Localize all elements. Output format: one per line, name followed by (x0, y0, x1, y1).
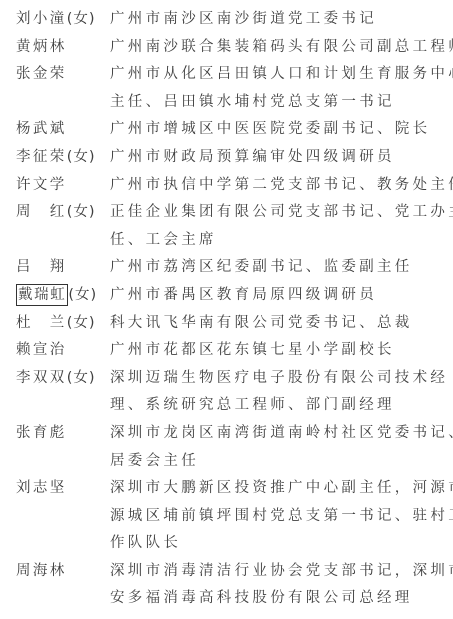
title-line: 深圳市龙岗区南湾街道南岭村社区党委书记、 (110, 420, 453, 448)
name-text: 周 红 (16, 204, 67, 220)
list-item: 许文学 广州市执信中学第二党支部书记、教务处主任 (16, 172, 453, 200)
person-title: 广州市财政局预算编审处四级调研员 (110, 144, 453, 172)
person-title: 深圳迈瑞生物医疗电子股份有限公司技术经 理、系统研究总工程师、部门副经理 (110, 365, 453, 420)
list-item: 张育彪 深圳市龙岗区南湾街道南岭村社区党委书记、 居委会主任 (16, 420, 453, 475)
title-line: 作队队长 (110, 530, 453, 558)
title-line: 居委会主任 (110, 448, 453, 476)
name-text: 李双双 (16, 370, 67, 386)
title-line: 广州市番禺区教育局原四级调研员 (110, 282, 453, 310)
list-item: 杜 兰(女) 科大讯飞华南有限公司党委书记、总裁 (16, 310, 453, 338)
person-title: 广州市花都区花东镇七星小学副校长 (110, 337, 453, 365)
person-name: 刘小潼(女) (16, 6, 110, 34)
person-title: 广州市荔湾区纪委副书记、监委副主任 (110, 254, 453, 282)
name-text: 许文学 (16, 177, 67, 193)
title-line: 广州市增城区中医医院党委副书记、院长 (110, 116, 453, 144)
person-title: 正佳企业集团有限公司党支部书记、党工办主 任、工会主席 (110, 199, 453, 254)
person-name: 黄炳林 (16, 34, 110, 62)
title-line: 主任、吕田镇水埔村党总支第一书记 (110, 89, 453, 117)
gender-note: (女) (68, 287, 97, 303)
honoree-list: 刘小潼(女) 广州市南沙区南沙街道党工委书记 黄炳林 广州南沙联合集装箱码头有限… (16, 6, 453, 613)
person-title: 广州市执信中学第二党支部书记、教务处主任 (110, 172, 453, 200)
title-line: 广州市花都区花东镇七星小学副校长 (110, 337, 453, 365)
person-name: 吕 翔 (16, 254, 110, 282)
person-name: 杜 兰(女) (16, 310, 110, 338)
list-item: 李双双(女) 深圳迈瑞生物医疗电子股份有限公司技术经 理、系统研究总工程师、部门… (16, 365, 453, 420)
person-name: 周 红(女) (16, 199, 110, 227)
name-text: 杜 兰 (16, 315, 67, 331)
list-item: 戴瑞虹(女) 广州市番禺区教育局原四级调研员 (16, 282, 453, 310)
person-title: 广州市从化区吕田镇人口和计划生育服务中心 主任、吕田镇水埔村党总支第一书记 (110, 61, 453, 116)
title-line: 安多福消毒高科技股份有限公司总经理 (110, 585, 453, 613)
person-name: 赖宣治 (16, 337, 110, 365)
list-item: 杨武斌 广州市增城区中医医院党委副书记、院长 (16, 116, 453, 144)
name-text: 刘小潼 (16, 11, 67, 27)
list-item: 黄炳林 广州南沙联合集装箱码头有限公司副总工程师 (16, 34, 453, 62)
name-text: 杨武斌 (16, 121, 67, 137)
title-line: 广州南沙联合集装箱码头有限公司副总工程师 (110, 34, 453, 62)
list-item: 赖宣治 广州市花都区花东镇七星小学副校长 (16, 337, 453, 365)
person-name: 张金荣 (16, 61, 110, 89)
person-title: 深圳市大鹏新区投资推广中心副主任，河源市 源城区埔前镇坪围村党总支第一书记、驻村… (110, 475, 453, 558)
person-name: 张育彪 (16, 420, 110, 448)
name-text: 周海林 (16, 563, 67, 579)
person-title: 广州南沙联合集装箱码头有限公司副总工程师 (110, 34, 453, 62)
name-text: 刘志坚 (16, 480, 67, 496)
person-name: 李征荣(女) (16, 144, 110, 172)
title-line: 深圳市大鹏新区投资推广中心副主任，河源市 (110, 475, 453, 503)
title-line: 理、系统研究总工程师、部门副经理 (110, 392, 453, 420)
list-item: 李征荣(女) 广州市财政局预算编审处四级调研员 (16, 144, 453, 172)
list-item: 刘小潼(女) 广州市南沙区南沙街道党工委书记 (16, 6, 453, 34)
person-title: 科大讯飞华南有限公司党委书记、总裁 (110, 310, 453, 338)
title-line: 深圳市消毒清洁行业协会党支部书记，深圳市 (110, 558, 453, 586)
name-text: 赖宣治 (16, 342, 67, 358)
list-item: 张金荣 广州市从化区吕田镇人口和计划生育服务中心 主任、吕田镇水埔村党总支第一书… (16, 61, 453, 116)
list-item: 刘志坚 深圳市大鹏新区投资推广中心副主任，河源市 源城区埔前镇坪围村党总支第一书… (16, 475, 453, 558)
name-text: 张育彪 (16, 425, 67, 441)
person-title: 深圳市龙岗区南湾街道南岭村社区党委书记、 居委会主任 (110, 420, 453, 475)
person-title: 广州市番禺区教育局原四级调研员 (110, 282, 453, 310)
list-item: 周 红(女) 正佳企业集团有限公司党支部书记、党工办主 任、工会主席 (16, 199, 453, 254)
name-text: 李征荣 (16, 149, 67, 165)
list-item: 周海林 深圳市消毒清洁行业协会党支部书记，深圳市 安多福消毒高科技股份有限公司总… (16, 558, 453, 613)
person-title: 深圳市消毒清洁行业协会党支部书记，深圳市 安多福消毒高科技股份有限公司总经理 (110, 558, 453, 613)
name-text: 黄炳林 (16, 39, 67, 55)
title-line: 广州市南沙区南沙街道党工委书记 (110, 6, 453, 34)
title-line: 深圳迈瑞生物医疗电子股份有限公司技术经 (110, 365, 453, 393)
title-line: 广州市从化区吕田镇人口和计划生育服务中心 (110, 61, 453, 89)
title-line: 任、工会主席 (110, 227, 453, 255)
gender-note: (女) (67, 149, 96, 165)
gender-note: (女) (67, 11, 96, 27)
name-text: 张金荣 (16, 66, 67, 82)
person-name: 刘志坚 (16, 475, 110, 503)
name-text: 吕 翔 (16, 259, 67, 275)
title-line: 广州市荔湾区纪委副书记、监委副主任 (110, 254, 453, 282)
title-line: 广州市执信中学第二党支部书记、教务处主任 (110, 172, 453, 200)
title-line: 科大讯飞华南有限公司党委书记、总裁 (110, 310, 453, 338)
person-name: 许文学 (16, 172, 110, 200)
person-title: 广州市南沙区南沙街道党工委书记 (110, 6, 453, 34)
gender-note: (女) (67, 370, 96, 386)
person-name: 戴瑞虹(女) (16, 282, 110, 310)
person-name: 李双双(女) (16, 365, 110, 393)
list-item: 吕 翔 广州市荔湾区纪委副书记、监委副主任 (16, 254, 453, 282)
title-line: 源城区埔前镇坪围村党总支第一书记、驻村工 (110, 503, 453, 531)
person-title: 广州市增城区中医医院党委副书记、院长 (110, 116, 453, 144)
gender-note: (女) (67, 204, 96, 220)
boxed-name-text: 戴瑞虹 (16, 284, 68, 306)
title-line: 正佳企业集团有限公司党支部书记、党工办主 (110, 199, 453, 227)
person-name: 杨武斌 (16, 116, 110, 144)
person-name: 周海林 (16, 558, 110, 586)
gender-note: (女) (67, 315, 96, 331)
title-line: 广州市财政局预算编审处四级调研员 (110, 144, 453, 172)
